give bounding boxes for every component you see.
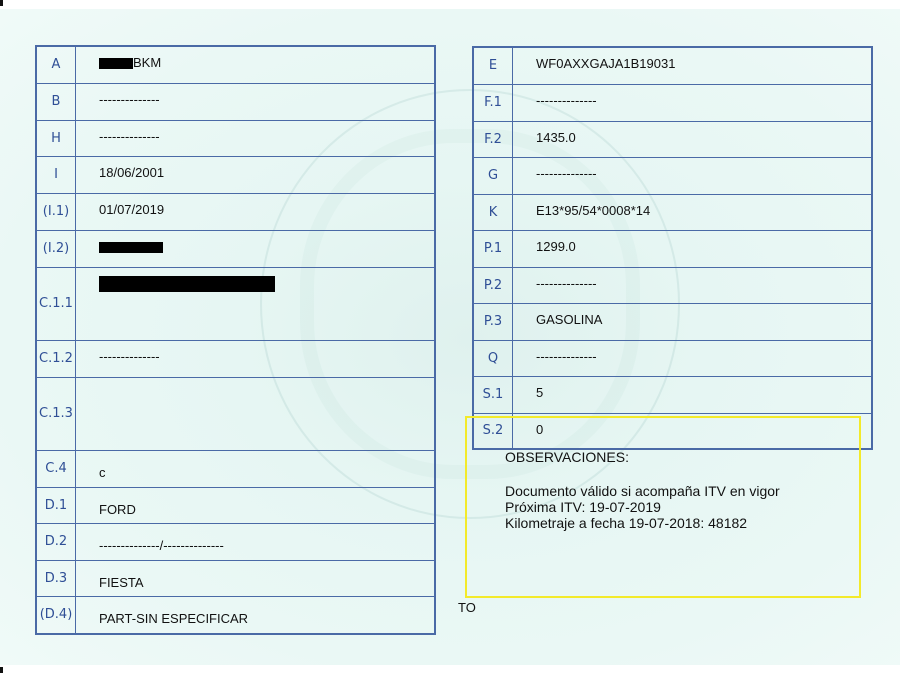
field-value: -------------- — [513, 340, 873, 376]
field-value: 5 — [513, 376, 873, 413]
field-value: -------------- — [513, 267, 873, 303]
field-value: -------------- — [76, 83, 436, 120]
field-code: P.1 — [473, 230, 513, 267]
field-value: --------------/-------------- — [76, 523, 436, 560]
field-code: G — [473, 157, 513, 194]
field-code: Q — [473, 340, 513, 376]
observaciones-line: Kilometraje a fecha 19-07-2018: 48182 — [505, 515, 780, 531]
field-value — [76, 267, 436, 340]
field-code: C.4 — [36, 450, 76, 487]
field-code: S.1 — [473, 376, 513, 413]
field-row: EWF0AXXGAJA1B19031 — [473, 47, 872, 84]
right-fields-table: EWF0AXXGAJA1B19031F.1--------------F.214… — [472, 46, 873, 450]
field-code: H — [36, 120, 76, 156]
field-row: (I.2) — [36, 230, 435, 267]
field-code: E — [473, 47, 513, 84]
field-value — [76, 230, 436, 267]
field-value-text: BKM — [133, 55, 161, 70]
scan-mark — [0, 0, 3, 6]
field-code: K — [473, 194, 513, 230]
field-code: B — [36, 83, 76, 120]
field-value: 18/06/2001 — [76, 156, 436, 193]
scan-bottom-edge — [0, 665, 900, 673]
field-value: 1435.0 — [513, 121, 873, 157]
field-code: (I.2) — [36, 230, 76, 267]
field-row: C.4c — [36, 450, 435, 487]
field-value: 01/07/2019 — [76, 193, 436, 230]
field-row: D.1FORD — [36, 487, 435, 523]
observaciones-section: OBSERVACIONES: Documento válido si acomp… — [505, 449, 780, 531]
field-code: P.3 — [473, 303, 513, 340]
field-value: -------------- — [513, 84, 873, 121]
field-value: c — [76, 450, 436, 487]
field-row: C.1.3 — [36, 377, 435, 450]
field-code: (D.4) — [36, 596, 76, 634]
field-row: D.2--------------/-------------- — [36, 523, 435, 560]
field-code: C.1.3 — [36, 377, 76, 450]
field-value: GASOLINA — [513, 303, 873, 340]
field-row: I18/06/2001 — [36, 156, 435, 193]
footer-text: TO — [458, 600, 476, 615]
redaction-bar — [99, 58, 133, 69]
field-row: P.11299.0 — [473, 230, 872, 267]
observaciones-title: OBSERVACIONES: — [505, 449, 780, 465]
observaciones-line: Próxima ITV: 19-07-2019 — [505, 499, 780, 515]
field-row: (I.1)01/07/2019 — [36, 193, 435, 230]
redaction-bar — [99, 242, 163, 253]
field-value: -------------- — [76, 340, 436, 377]
field-row: S.15 — [473, 376, 872, 413]
field-row: Q-------------- — [473, 340, 872, 376]
field-value: FORD — [76, 487, 436, 523]
field-row: (D.4)PART-SIN ESPECIFICAR — [36, 596, 435, 634]
field-value: -------------- — [76, 120, 436, 156]
field-value: E13*95/54*0008*14 — [513, 194, 873, 230]
field-value: FIESTA — [76, 560, 436, 596]
field-row: H-------------- — [36, 120, 435, 156]
field-code: C.1.2 — [36, 340, 76, 377]
field-code: F.1 — [473, 84, 513, 121]
field-row: P.3GASOLINA — [473, 303, 872, 340]
field-code: D.2 — [36, 523, 76, 560]
redaction-bar — [99, 276, 275, 292]
field-value: WF0AXXGAJA1B19031 — [513, 47, 873, 84]
observaciones-line: Documento válido si acompaña ITV en vigo… — [505, 483, 780, 499]
field-code: C.1.1 — [36, 267, 76, 340]
field-value — [76, 377, 436, 450]
field-value: 1299.0 — [513, 230, 873, 267]
field-code: I — [36, 156, 76, 193]
field-code: F.2 — [473, 121, 513, 157]
field-row: F.1-------------- — [473, 84, 872, 121]
field-code: D.3 — [36, 560, 76, 596]
field-row: D.3FIESTA — [36, 560, 435, 596]
field-value: BKM — [76, 46, 436, 83]
field-row: C.1.1 — [36, 267, 435, 340]
left-fields-table: ABKMB--------------H--------------I18/06… — [35, 45, 436, 635]
field-row: G-------------- — [473, 157, 872, 194]
field-row: P.2-------------- — [473, 267, 872, 303]
field-code: P.2 — [473, 267, 513, 303]
scan-mark — [0, 667, 3, 673]
field-row: C.1.2-------------- — [36, 340, 435, 377]
field-value: PART-SIN ESPECIFICAR — [76, 596, 436, 634]
field-row: KE13*95/54*0008*14 — [473, 194, 872, 230]
field-code: A — [36, 46, 76, 83]
field-row: ABKM — [36, 46, 435, 83]
field-code: (I.1) — [36, 193, 76, 230]
field-code: D.1 — [36, 487, 76, 523]
field-value: -------------- — [513, 157, 873, 194]
field-row: B-------------- — [36, 83, 435, 120]
field-row: F.21435.0 — [473, 121, 872, 157]
